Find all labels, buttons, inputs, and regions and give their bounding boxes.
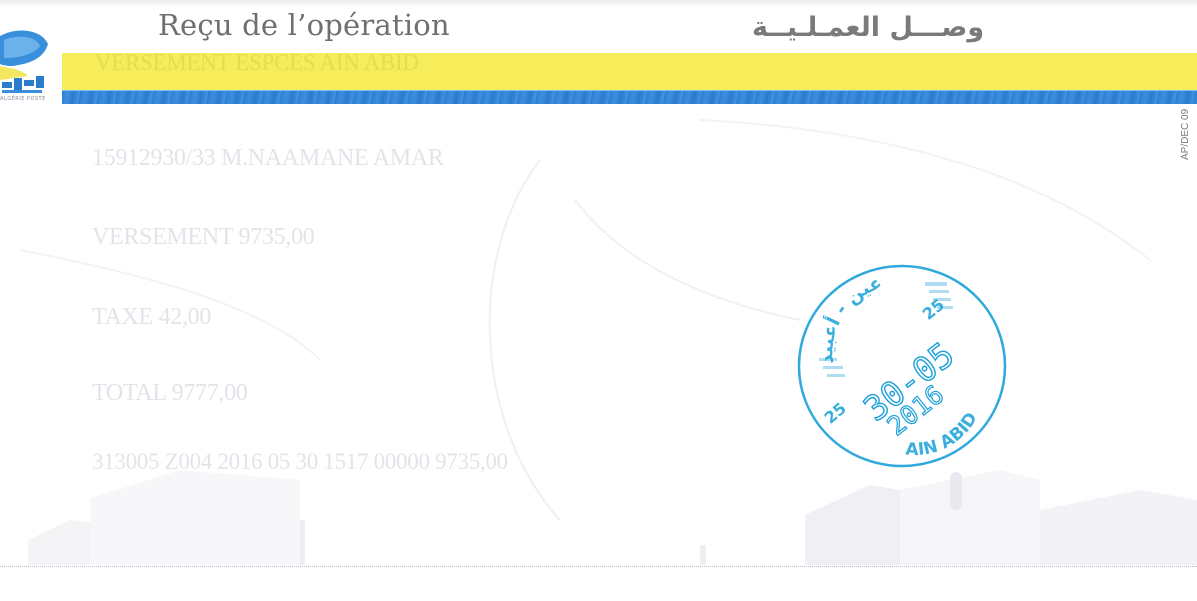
logo-caption: ALGÉRIE POSTE: [0, 96, 46, 102]
total-line: TOTAL 9777,00: [92, 380, 248, 407]
stamp-office-ar: عين - أعبيد: [816, 272, 885, 364]
receipt-title-fr: Reçu de l’opération: [158, 8, 450, 42]
account-holder-line: 15912930/33 M.NAAMANE AMAR: [92, 145, 444, 172]
paper-top-edge: [0, 0, 1197, 8]
receipt: ALGÉRIE POSTE Reçu de l’opération وصـــل…: [0, 0, 1197, 601]
svg-text:عين - أعبيد: عين - أعبيد: [816, 272, 885, 364]
postal-date-stamp-icon: عين - أعبيد AIN ABID 25 25 30-05 2016: [795, 262, 1009, 470]
transaction-ref-line: 313005 Z004 2016 05 30 1517 00000 9735,0…: [92, 449, 508, 475]
perforation-line: [0, 566, 1197, 567]
operation-label: VERSEMENT ESPCES AIN ABID: [95, 50, 419, 76]
receipt-title-ar: وصـــل العمـلـيــة: [752, 12, 984, 43]
stamp-code-left: 25: [821, 399, 850, 428]
form-code: AP/DEC 09: [1180, 109, 1191, 160]
deposit-line: VERSEMENT 9735,00: [92, 224, 314, 251]
tax-line: TAXE 42,00: [92, 304, 211, 331]
header-band-blue: [62, 90, 1197, 104]
